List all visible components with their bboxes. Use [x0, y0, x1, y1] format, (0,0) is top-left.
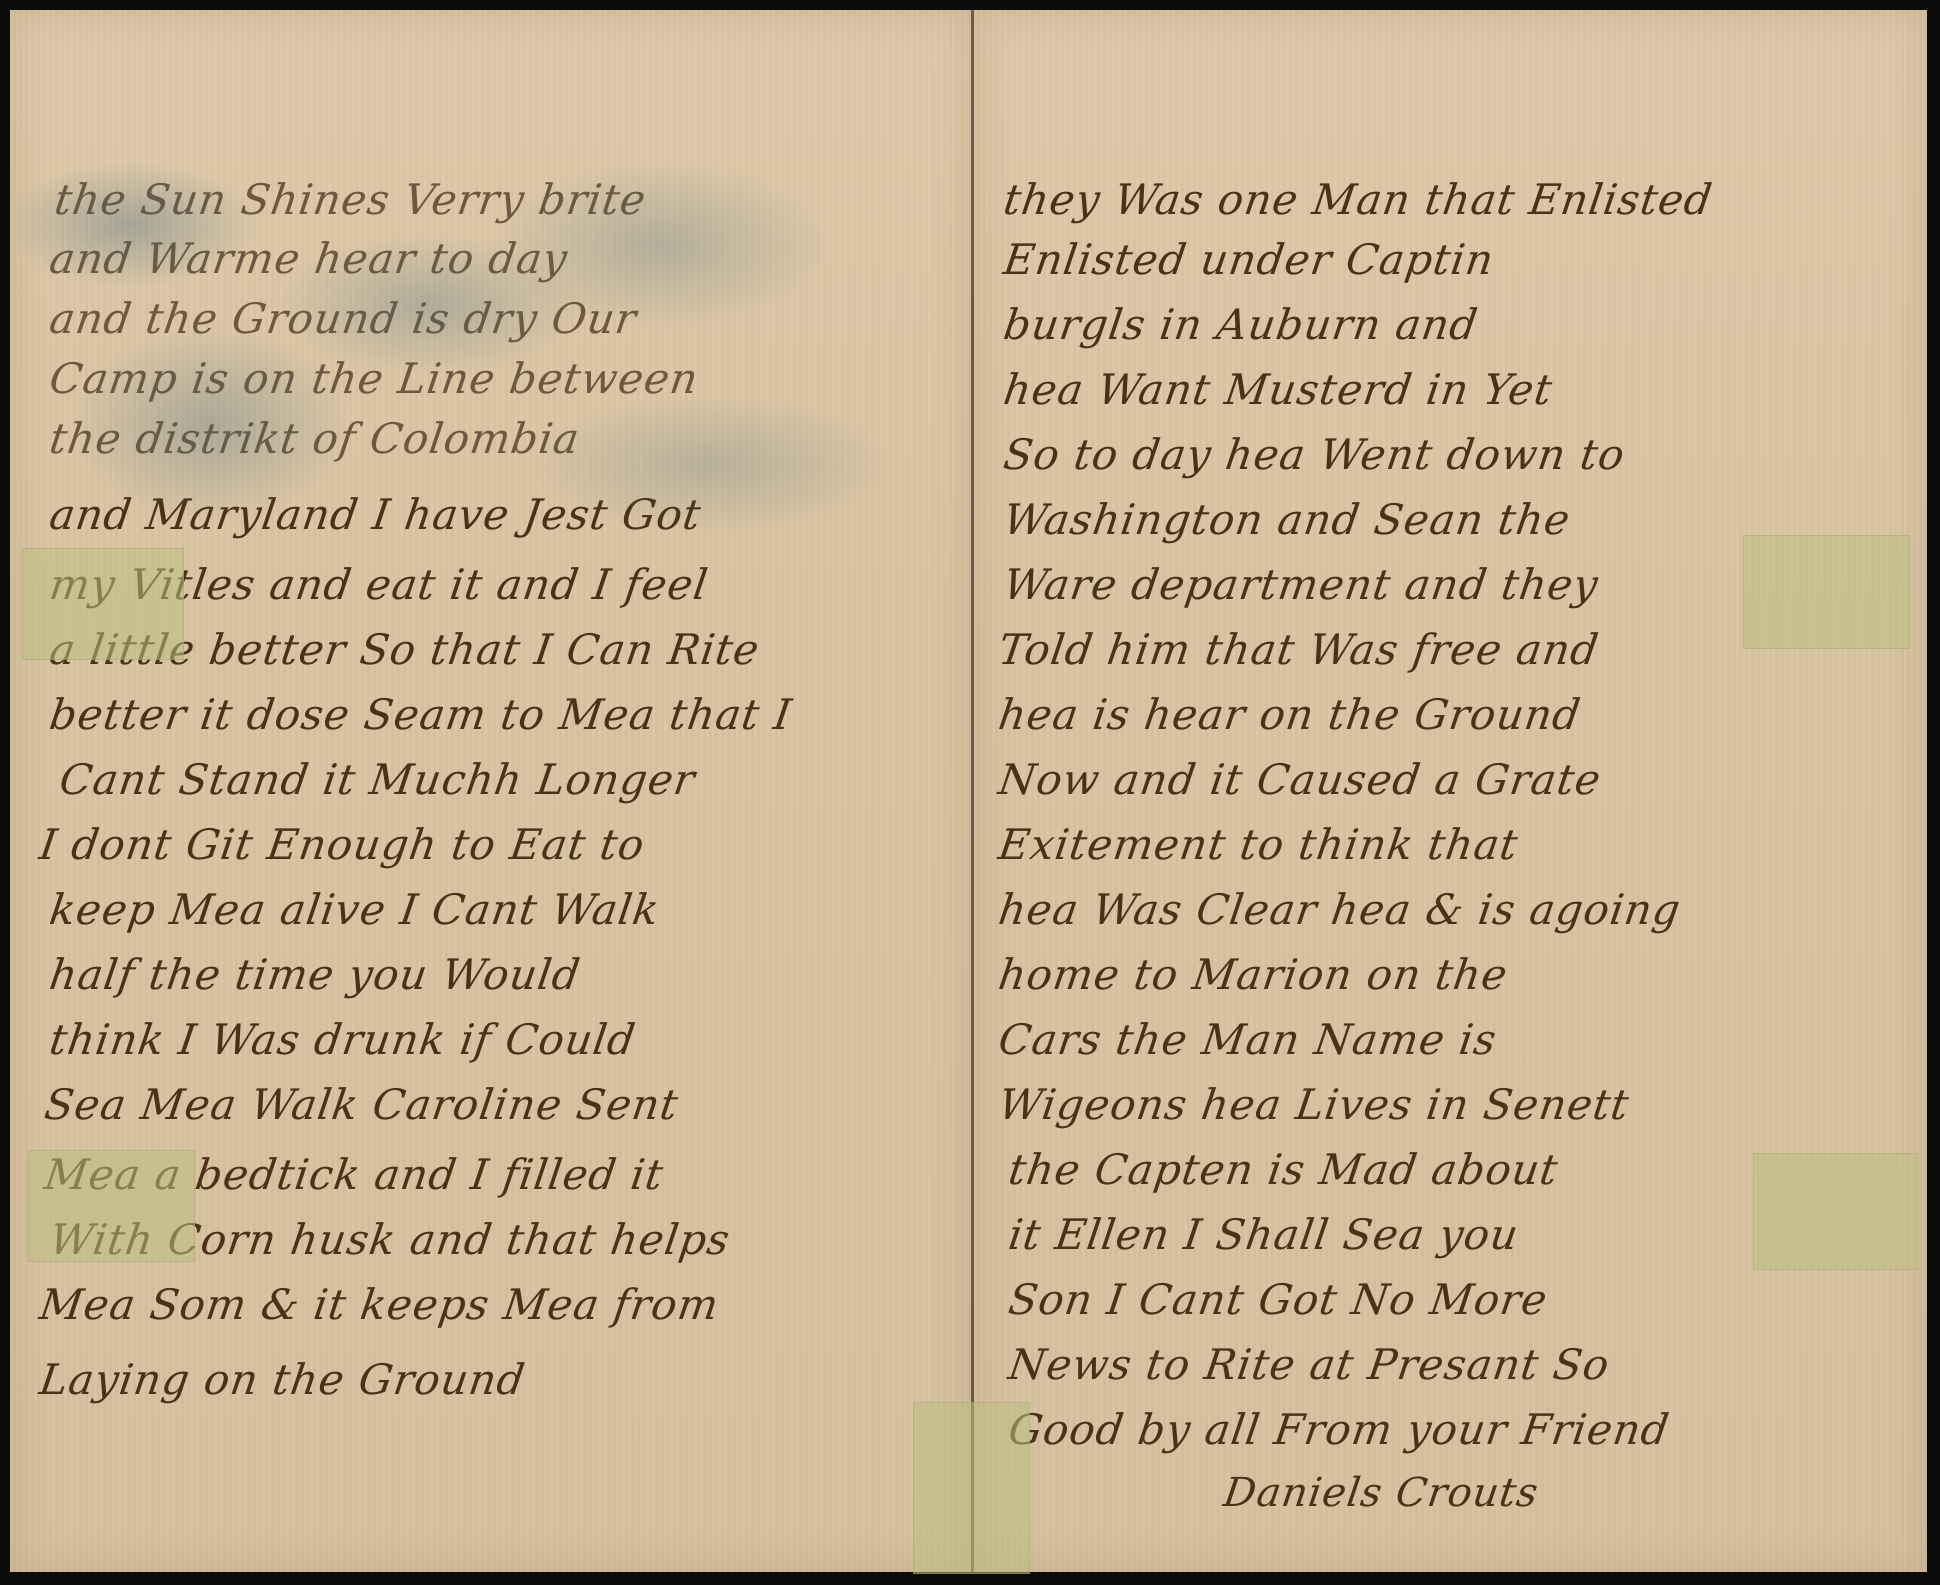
text-line: keep Mea alive I Cant Walk [47, 885, 663, 934]
text-line: and the Ground is dry Our [47, 294, 641, 343]
text-line: it Ellen I Shall Sea you [1006, 1210, 1522, 1259]
text-line: Washington and Sean the [1001, 495, 1574, 544]
text-line: think I Was drunk if Could [47, 1015, 639, 1064]
tape-piece [1753, 1153, 1918, 1270]
text-line: Good by all From your Friend [1006, 1405, 1673, 1454]
text-line: Mea Som & it keeps Mea from [37, 1280, 723, 1329]
text-line: Camp is on the Line between [47, 354, 702, 403]
text-line: Now and it Caused a Grate [996, 755, 1605, 804]
text-line: burgls in Auburn and [1001, 300, 1482, 349]
text-line: Cars the Man Name is [996, 1015, 1500, 1064]
text-line: hea Want Musterd in Yet [1001, 365, 1556, 414]
text-line: Wigeons hea Lives in Senett [996, 1080, 1633, 1129]
text-line: home to Marion on the [996, 950, 1511, 999]
text-line: better it dose Seam to Mea that I [47, 690, 796, 739]
text-line: I dont Git Enough to Eat to [37, 820, 648, 869]
text-line: Laying on the Ground [37, 1355, 529, 1404]
text-line: hea is hear on the Ground [996, 690, 1585, 739]
letter-page-right: they Was one Man that Enlisted Enlisted … [974, 10, 1927, 1572]
text-line: they Was one Man that Enlisted [1001, 175, 1716, 224]
text-line: News to Rite at Presant So [1006, 1340, 1613, 1389]
tape-piece [22, 548, 184, 660]
text-line: Sea Mea Walk Caroline Sent [42, 1080, 682, 1129]
tape-piece [28, 1150, 195, 1262]
tape-piece [913, 1402, 1030, 1574]
text-line: Cant Stand it Muchh Longer [57, 755, 699, 804]
page-fold-line [971, 10, 974, 1572]
text-line: Son I Cant Got No More [1006, 1275, 1551, 1324]
text-line: Ware department and they [1001, 560, 1602, 609]
text-line: Exitement to think that [996, 820, 1522, 869]
letter-page-left: the Sun Shines Verry brite and Warme hea… [10, 10, 972, 1572]
tape-piece [1743, 535, 1910, 649]
text-line: the distrikt of Colombia [47, 414, 583, 463]
text-line: half the time you Would [47, 950, 584, 999]
text-line: hea Was Clear hea & is agoing [996, 885, 1684, 934]
text-line: and Maryland I have Jest Got [47, 490, 705, 539]
text-line: So to day hea Went down to [1001, 430, 1629, 479]
text-line: Enlisted under Captin [1001, 235, 1498, 284]
text-line: the Sun Shines Verry brite [52, 175, 650, 224]
text-line: Told him that Was free and [996, 625, 1603, 674]
signature: Daniels Crouts [1221, 1470, 1542, 1516]
text-line: and Warme hear to day [47, 234, 571, 283]
text-line: the Capten is Mad about [1006, 1145, 1562, 1194]
